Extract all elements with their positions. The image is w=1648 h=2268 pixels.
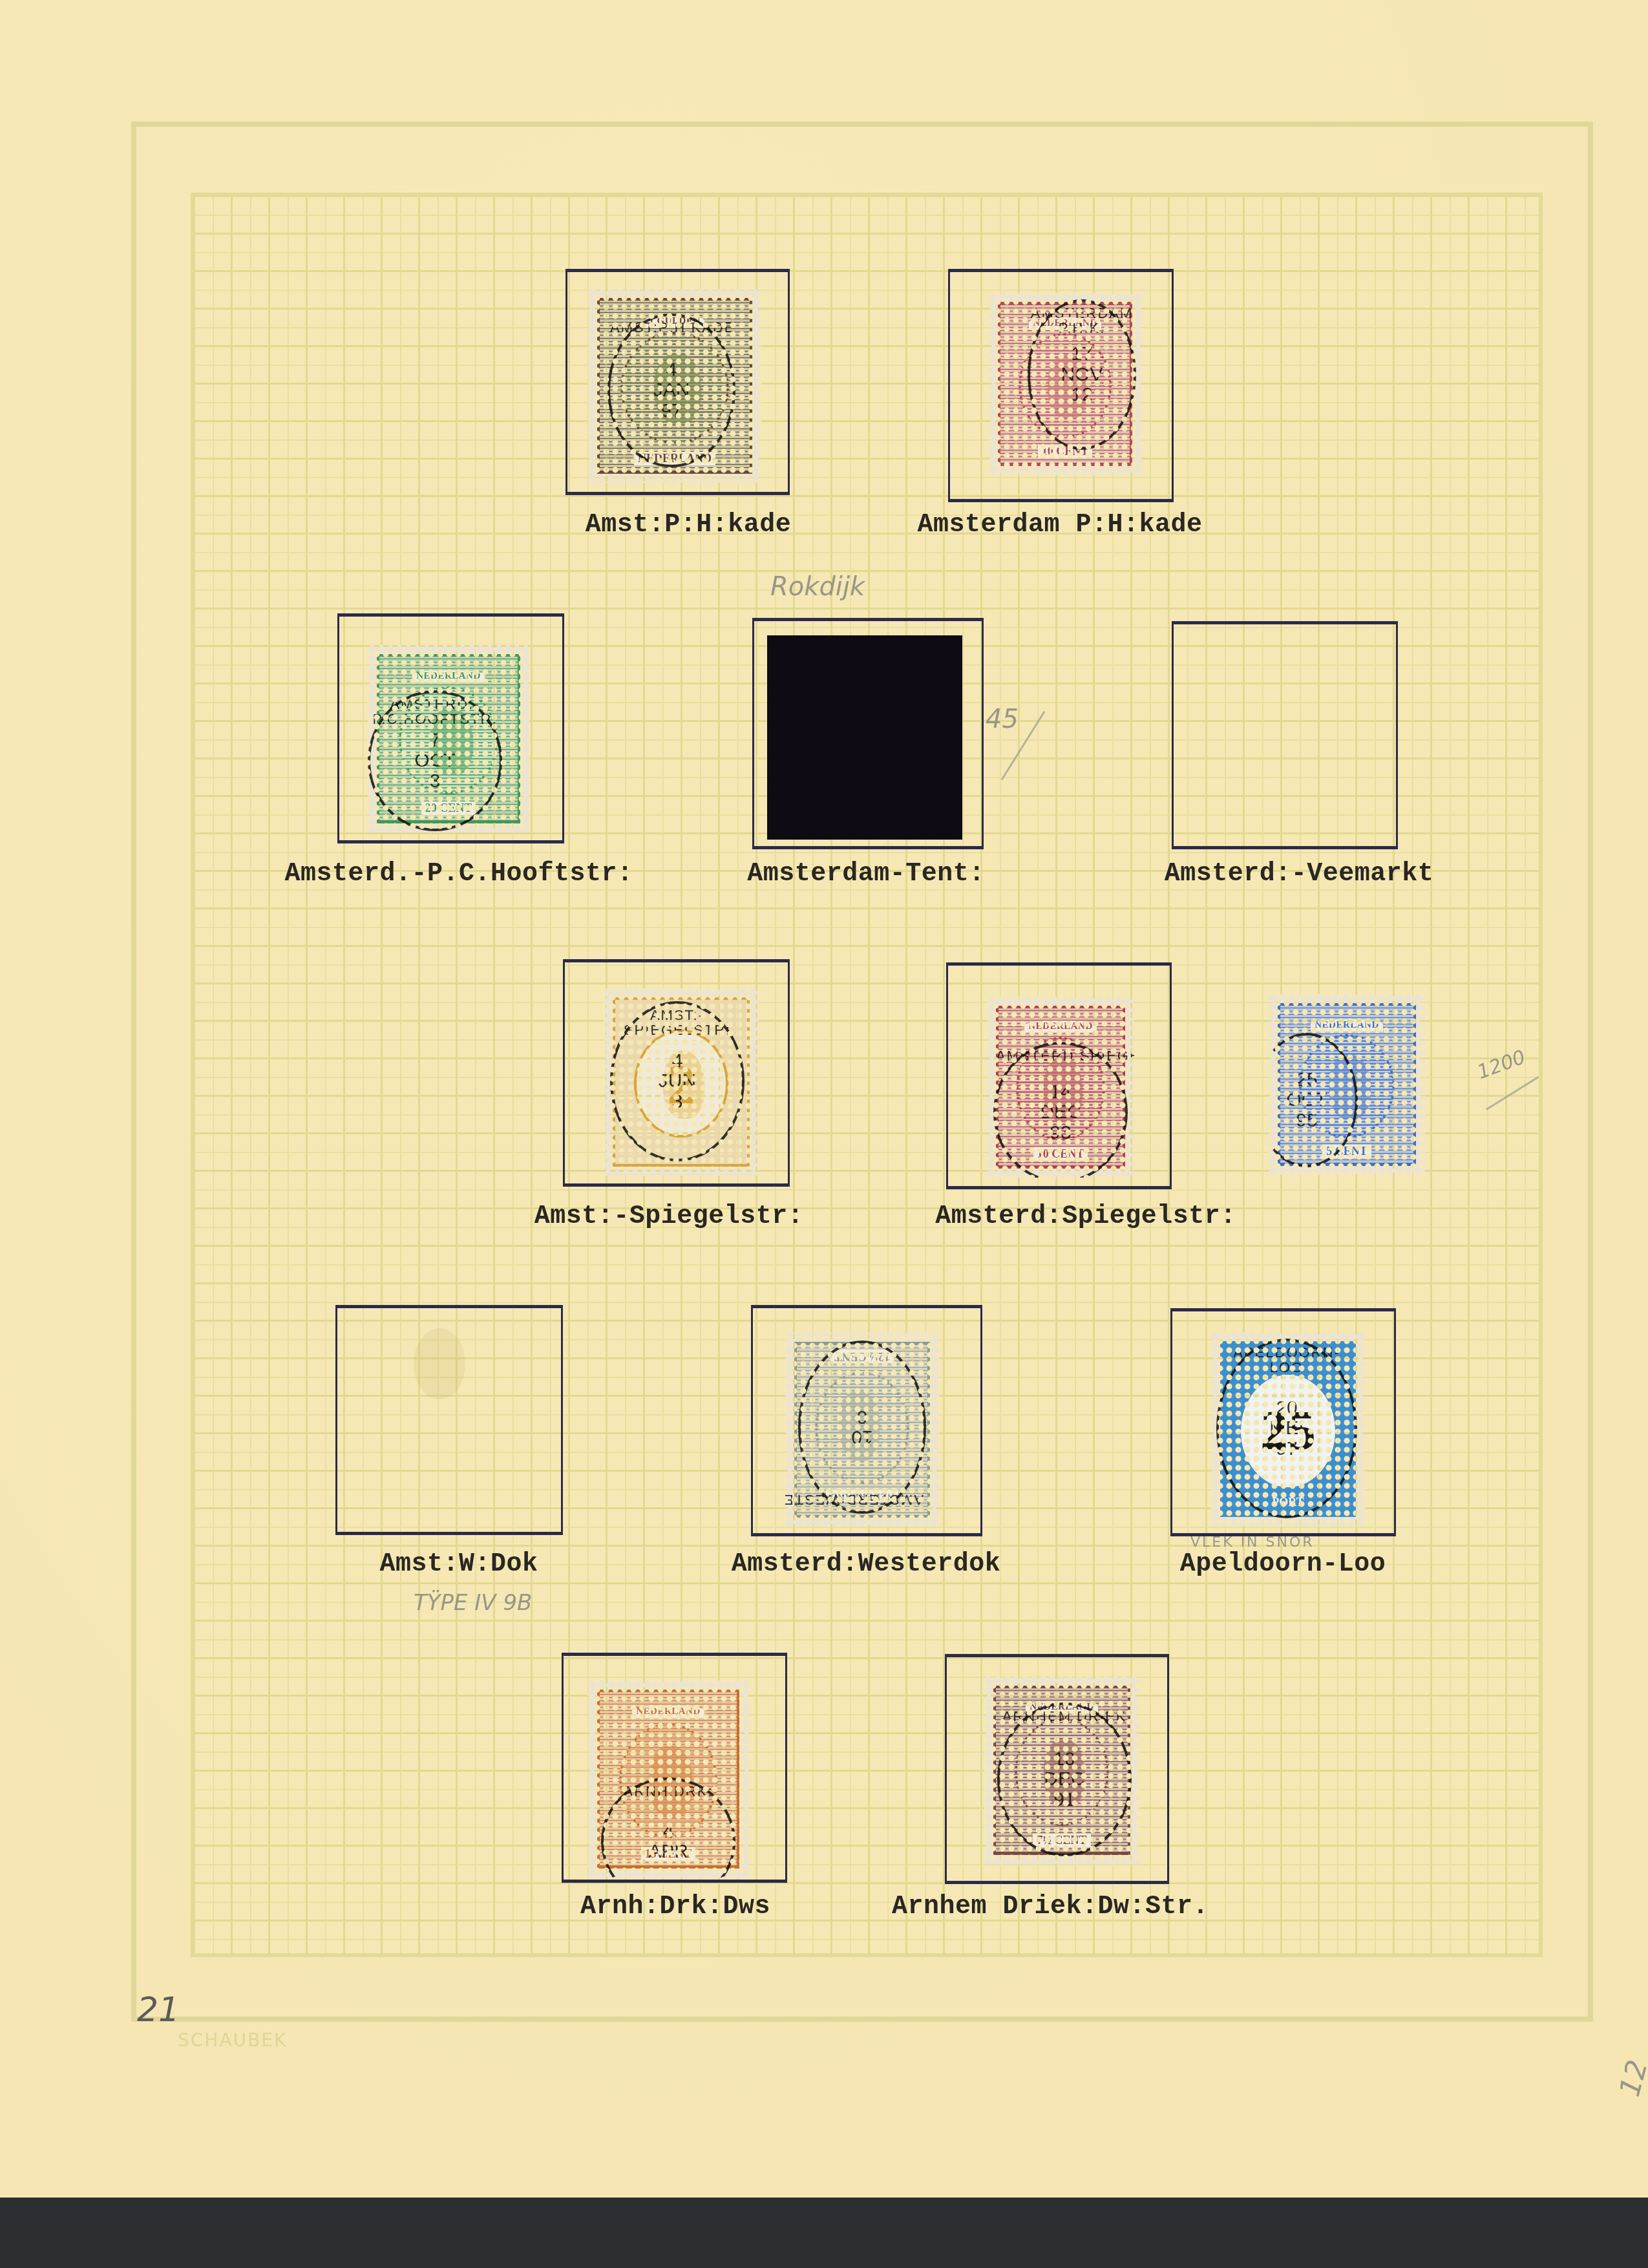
stamp[interactable]: NEDERLAND 20 CENT AMSTERD.-P.C.HOOFTSTR.… [368,645,529,832]
page-number: 21 [137,1991,180,2030]
black-mount-filler [767,635,962,840]
postmark: AMST:P:H:KADE 4 JAN 97 [607,313,735,467]
pencil-note: VLEK IN SNOR [1190,1534,1315,1551]
stamp-country: NEDERLAND [412,670,485,683]
stamp-label: Apeldoorn-Loo [1180,1550,1386,1579]
postmark: APELDOORN-LOO 20 MEI 97 [1216,1339,1357,1518]
stamp-label: Amsterd:Spiegelstr: [935,1202,1236,1231]
publisher-imprint: SCHAUBEK [178,2030,287,2051]
pencil-note: 45 [986,705,1019,734]
stamp-mount[interactable]: NEDERLAND 20 CENT AMSTERD.-P.C.HOOFTSTR.… [337,613,564,843]
postmark: ARNHEM DRIEK 10 DEC 91 [997,1702,1132,1856]
postmark: AMST:-SPIEGELSTR: 4 JUN 3 [610,1001,745,1161]
stamp-label: Amsterd:Westerdok [732,1550,1001,1579]
stamp-label: Amst:W:Dok [379,1550,538,1579]
postmark: AMSTERDAM P.H.K. 17 NOV 12 [1028,299,1136,450]
stamp-mount[interactable]: 25 PORT APELDOORN-LOO 20 MEI 97 [1170,1308,1396,1536]
stamp-label: Amsterdam P:H:kade [917,511,1202,540]
stamp-mount[interactable]: NEDERLAND 10 CENT AMSTERD:SPIEGELSTR: 14… [946,962,1172,1189]
stamp-mount[interactable]: NEDERLAND 15 CENT ARNH:DRK: 4 APR [562,1653,787,1883]
stamp-mount-empty[interactable] [1172,621,1398,849]
stamp[interactable]: 2 AMST:-SPIEGELSTR: 4 JUN 3 [604,988,759,1176]
stamp-country: NEDERLAND [1311,1019,1383,1032]
stamp-label: Amst:P:H:kade [586,511,792,540]
stamp-label: Amst:-Spiegelstr: [534,1202,804,1231]
stamp[interactable]: 25 PORT APELDOORN-LOO 20 MEI 97 [1211,1332,1365,1526]
stamp-label: Amsterdam-Tent: [747,860,985,889]
stamp[interactable]: NEDERLAND 7½ CENT ARNHEM DRIEK 10 DEC 91 [984,1677,1139,1864]
postmark: AMSTERD.-P.C.HOOFTSTR. 7 OCT 3 [368,690,502,831]
stamp-mount[interactable]: NEDERLAND 12½ CENT AMSTERD:WESTERDOK 10 … [751,1305,982,1536]
pencil-note: Rokdijk [770,572,865,602]
pencil-note: TŸPE IV 9B [414,1590,532,1616]
stamp-label: Amsterd.-P.C.Hooftstr: [284,860,633,889]
stamp-country: NEDERLAND [1024,1021,1097,1033]
stamp-country: NEDERLAND [632,1706,704,1718]
postmark: AMSTERD:WESTERDOK 10 0 [798,1341,926,1514]
stamp-loose[interactable]: NEDERLAND 5 CENT 25 OCT 95 [1269,994,1425,1175]
stamp[interactable]: NEDERLAND 15 CENT ARNH:DRK: 4 APR [588,1680,748,1878]
stamp[interactable]: NEDERLAND 12½ CENT AMSTERD:WESTERDOK 10 … [785,1333,939,1527]
stamp-mount[interactable]: 1 GULDEN NEDERLAND AMST:P:H:KADE 4 JAN 9… [565,269,790,495]
stamp-label: Arnhem Driek:Dw:Str. [892,1892,1209,1922]
stamp[interactable]: NEDERLAND 10 CENT AMSTERDAM P.H.K. 17 NO… [989,293,1141,475]
stamp-mount[interactable]: 2 AMST:-SPIEGELSTR: 4 JUN 3 [563,959,790,1187]
album-page: 1 GULDEN NEDERLAND AMST:P:H:KADE 4 JAN 9… [0,0,1648,2198]
stamp[interactable]: 1 GULDEN NEDERLAND AMST:P:H:KADE 4 JAN 9… [588,289,761,483]
stamp-label: Amsterd:-Veemarkt [1165,860,1434,889]
stamp-label: Arnh:Drk:Dws [580,1892,770,1922]
stamp-mount[interactable]: NEDERLAND 10 CENT AMSTERDAM P.H.K. 17 NO… [948,269,1174,502]
stamp[interactable]: NEDERLAND 10 CENT AMSTERD:SPIEGELSTR: 14… [987,997,1134,1178]
postmark: 25 OCT 95 [1256,1033,1358,1167]
stamp-mount[interactable]: NEDERLAND 7½ CENT ARNHEM DRIEK 10 DEC 91 [945,1654,1169,1884]
margin-note: 12 [1613,2057,1648,2100]
postmark: AMSTERD:SPIEGELSTR: 14 DEC 93 [993,1042,1128,1183]
stamp-mount-black[interactable] [752,618,984,849]
stamp-mount-empty[interactable] [335,1305,563,1535]
